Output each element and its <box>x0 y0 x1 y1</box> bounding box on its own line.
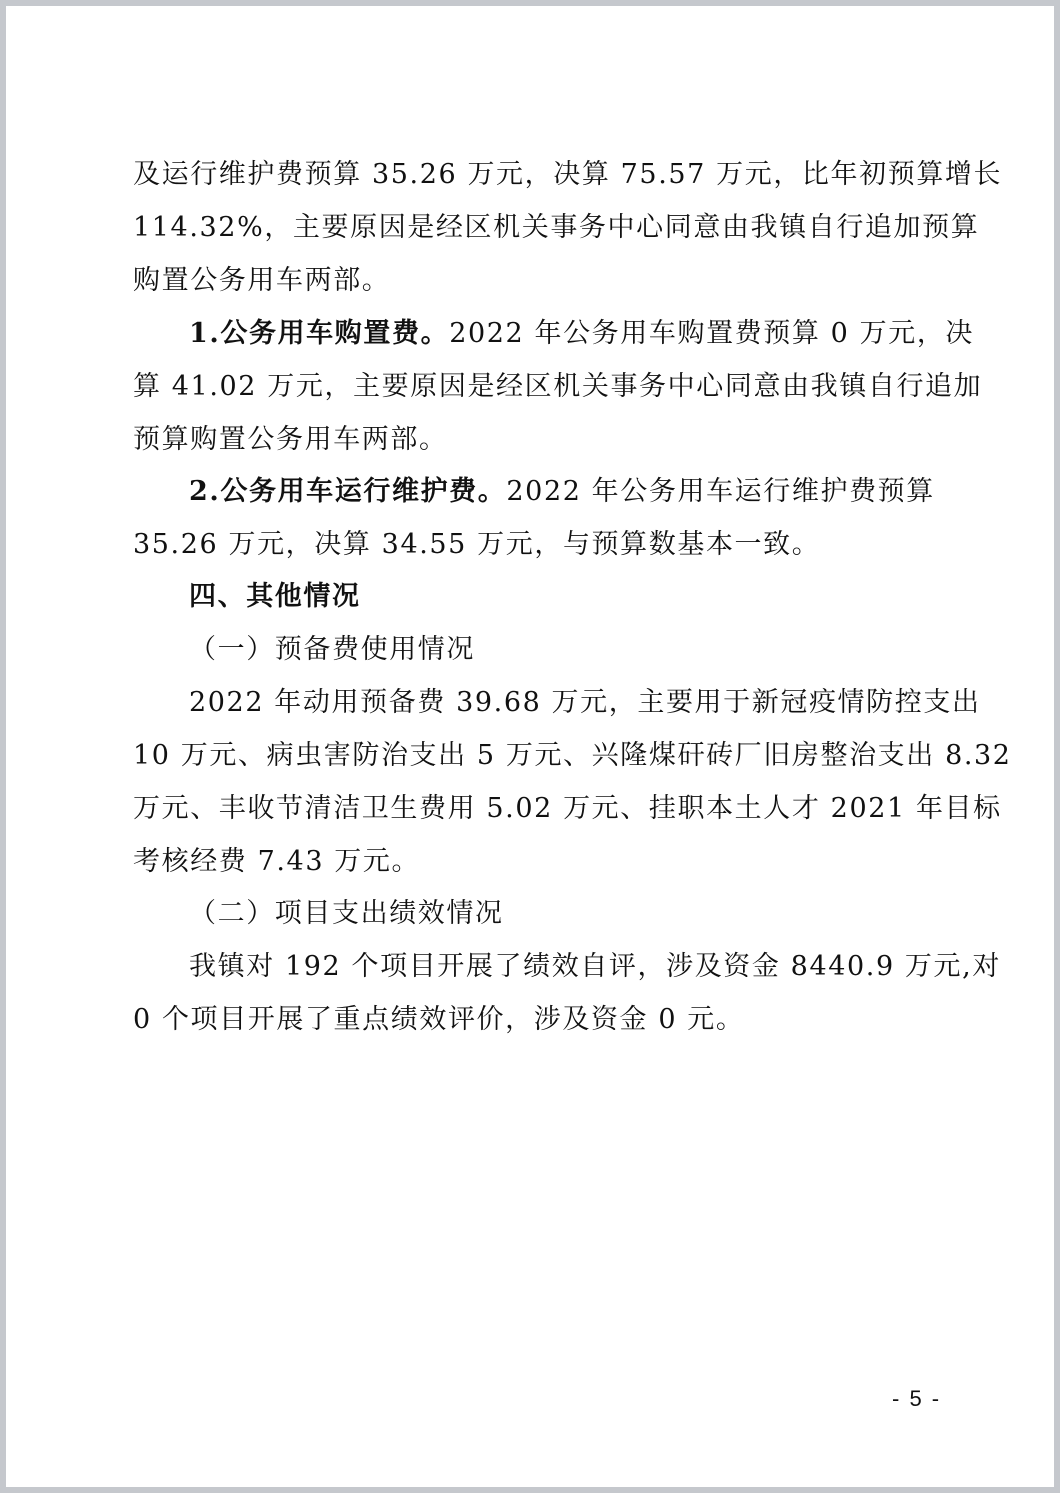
paragraph-line: 算 41.02 万元，主要原因是经区机关事务中心同意由我镇自行追加 <box>133 370 982 404</box>
paragraph-line: 35.26 万元，决算 34.55 万元，与预算数基本一致。 <box>133 528 820 562</box>
page-number: - 5 - <box>892 1386 941 1412</box>
paragraph-line: 114.32%，主要原因是经区机关事务中心同意由我镇自行追加预算 <box>133 211 979 245</box>
paragraph-line: 0 个项目开展了重点绩效评价，涉及资金 0 元。 <box>133 1003 745 1037</box>
paragraph-line: 预算购置公务用车两部。 <box>133 423 448 457</box>
paragraph-line: 万元、丰收节清洁卫生费用 5.02 万元、挂职本土人才 2021 年目标 <box>133 792 1002 826</box>
subsection-heading: （二）项目支出绩效情况 <box>189 897 504 931</box>
section-heading: 四、其他情况 <box>189 580 361 614</box>
paragraph-line: 2.公务用车运行维护费。2022 年公务用车运行维护费预算 <box>189 475 935 509</box>
document-page: 及运行维护费预算 35.26 万元，决算 75.57 万元，比年初预算增长 11… <box>6 6 1054 1487</box>
paragraph-line: 考核经费 7.43 万元。 <box>133 845 420 879</box>
paragraph-line: 2022 年动用预备费 39.68 万元，主要用于新冠疫情防控支出 <box>189 686 981 720</box>
subheading-vehicle-maintenance: 2.公务用车运行维护费。 <box>189 476 506 507</box>
paragraph-line: 及运行维护费预算 35.26 万元，决算 75.57 万元，比年初预算增长 <box>133 158 1002 192</box>
paragraph-line: 10 万元、病虫害防治支出 5 万元、兴隆煤矸砖厂旧房整治支出 8.32 <box>133 739 1012 773</box>
subsection-heading: （一）预备费使用情况 <box>189 633 475 667</box>
paragraph-line: 我镇对 192 个项目开展了绩效自评，涉及资金 8440.9 万元,对 <box>189 950 1001 984</box>
paragraph-line: 1.公务用车购置费。2022 年公务用车购置费预算 0 万元，决 <box>189 317 974 351</box>
paragraph-line: 购置公务用车两部。 <box>133 264 390 298</box>
subheading-vehicle-purchase: 1.公务用车购置费。 <box>189 318 449 349</box>
